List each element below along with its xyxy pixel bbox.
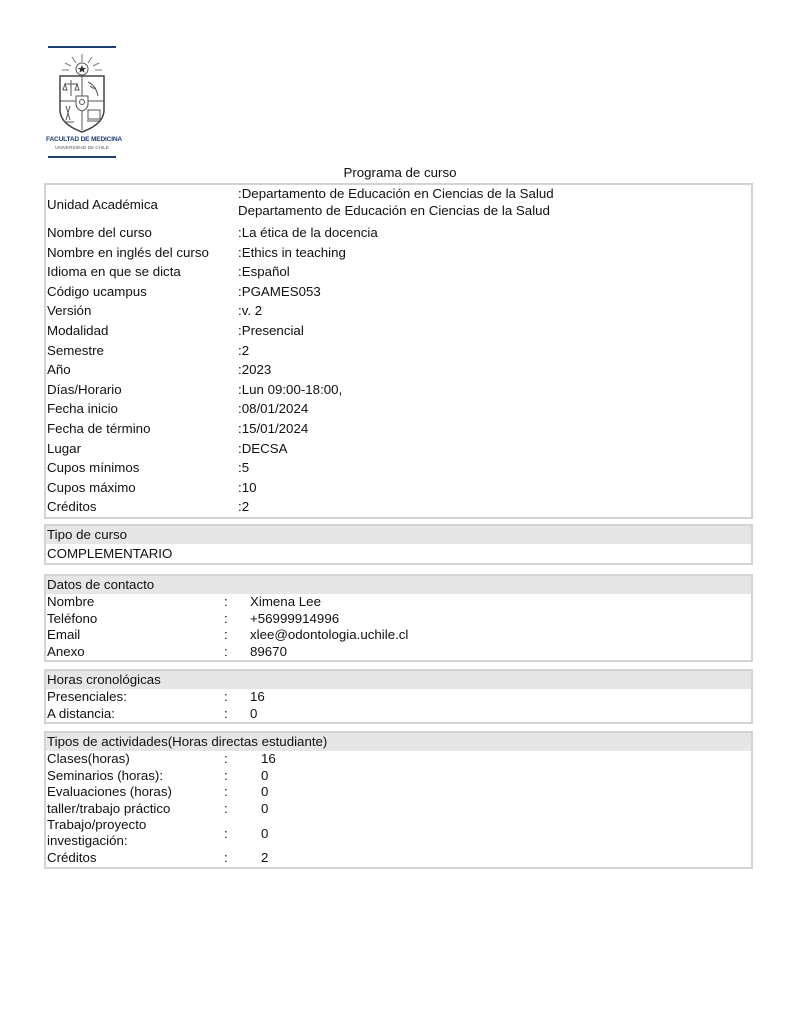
info-value: :Español: [238, 262, 751, 282]
activity-label: Trabajo/proyecto investigación:: [46, 817, 224, 850]
info-row: Versión:v. 2: [46, 301, 751, 321]
contact-label: Anexo: [46, 644, 224, 661]
info-label: Nombre del curso: [46, 223, 238, 243]
activity-row: Trabajo/proyecto investigación::0: [46, 817, 751, 850]
info-label: Código ucampus: [46, 282, 238, 302]
contact-row-extension: Anexo:89670: [46, 644, 751, 661]
info-label: Unidad Académica: [46, 185, 238, 223]
info-row: Semestre:2: [46, 341, 751, 361]
course-type-section: Tipo de curso COMPLEMENTARIO: [44, 524, 753, 565]
info-value: :La ética de la docencia: [238, 223, 751, 243]
activity-row: Seminarios (horas)::0: [46, 768, 751, 785]
info-value: :2023: [238, 360, 751, 380]
info-row: Código ucampus:PGAMES053: [46, 282, 751, 302]
info-label: Fecha de término: [46, 419, 238, 439]
info-row: Nombre del curso:La ética de la docencia: [46, 223, 751, 243]
info-row: Fecha inicio:08/01/2024: [46, 399, 751, 419]
activity-value: 0: [250, 801, 751, 818]
contact-row-email: Email:xlee@odontologia.uchile.cl: [46, 627, 751, 644]
logo-faculty-text: FACULTAD DE MEDICINA: [46, 136, 118, 143]
info-value: :2: [238, 497, 751, 517]
separator: :: [224, 801, 250, 818]
hours-row: A distancia::0: [46, 706, 751, 723]
activity-value: 0: [250, 817, 751, 850]
activity-row: Evaluaciones (horas):0: [46, 784, 751, 801]
info-label: Días/Horario: [46, 380, 238, 400]
separator: :: [224, 611, 250, 628]
separator: :: [224, 689, 250, 706]
info-label: Idioma en que se dicta: [46, 262, 238, 282]
hours-section: Horas cronológicas Presenciales::16 A di…: [44, 669, 753, 724]
info-row: Créditos:2: [46, 497, 751, 517]
info-row: Idioma en que se dicta:Español: [46, 262, 751, 282]
contact-value: +56999914996: [250, 611, 751, 628]
contact-email: xlee@odontologia.uchile.cl: [250, 627, 751, 644]
info-label: Semestre: [46, 341, 238, 361]
separator: :: [224, 627, 250, 644]
activities-section: Tipos de actividades(Horas directas estu…: [44, 731, 753, 869]
separator: :: [224, 644, 250, 661]
info-label: Nombre en inglés del curso: [46, 243, 238, 263]
separator: :: [224, 706, 250, 723]
separator: :: [224, 768, 250, 785]
info-label: Cupos máximo: [46, 478, 238, 498]
activity-value: 2: [250, 850, 751, 867]
info-value: :DECSA: [238, 439, 751, 459]
info-row: Lugar:DECSA: [46, 439, 751, 459]
activities-heading: Tipos de actividades(Horas directas estu…: [46, 733, 751, 751]
course-type-heading: Tipo de curso: [46, 526, 751, 544]
university-crest-icon: [56, 52, 108, 134]
info-label: Año: [46, 360, 238, 380]
contact-label: Email: [46, 627, 224, 644]
separator: :: [224, 817, 250, 850]
info-value: :Ethics in teaching: [238, 243, 751, 263]
hours-value: 0: [250, 706, 751, 723]
separator: :: [224, 751, 250, 768]
logo-top-rule: [48, 46, 116, 48]
info-value: :PGAMES053: [238, 282, 751, 302]
info-value: :Presencial: [238, 321, 751, 341]
logo-university-text: UNIVERSIDAD DE CHILE: [46, 145, 118, 150]
info-row: Año:2023: [46, 360, 751, 380]
activity-value: 0: [250, 784, 751, 801]
contact-label: Teléfono: [46, 611, 224, 628]
info-value: :Lun 09:00-18:00,: [238, 380, 751, 400]
info-value: :08/01/2024: [238, 399, 751, 419]
info-label: Créditos: [46, 497, 238, 517]
info-label: Fecha inicio: [46, 399, 238, 419]
contact-label: Nombre: [46, 594, 224, 611]
activity-label: Créditos: [46, 850, 224, 867]
info-value-line1: :Departamento de Educación en Ciencias d…: [238, 185, 751, 202]
activity-label: taller/trabajo práctico: [46, 801, 224, 818]
info-label: Lugar: [46, 439, 238, 459]
info-value: :10: [238, 478, 751, 498]
info-row: Cupos máximo:10: [46, 478, 751, 498]
info-row: Días/Horario:Lun 09:00-18:00,: [46, 380, 751, 400]
activity-row: taller/trabajo práctico:0: [46, 801, 751, 818]
info-value: :5: [238, 458, 751, 478]
separator: :: [224, 850, 250, 867]
info-value-line2: Departamento de Educación en Ciencias de…: [238, 202, 751, 219]
hours-row: Presenciales::16: [46, 689, 751, 706]
activity-label: Clases(horas): [46, 751, 224, 768]
hours-value: 16: [250, 689, 751, 706]
activity-row: Créditos:2: [46, 850, 751, 867]
contact-value: Ximena Lee: [250, 594, 751, 611]
logo-bottom-rule: [48, 156, 116, 158]
faculty-logo: FACULTAD DE MEDICINA UNIVERSIDAD DE CHIL…: [46, 46, 118, 162]
info-row: Fecha de término:15/01/2024: [46, 419, 751, 439]
activity-label: Seminarios (horas):: [46, 768, 224, 785]
contact-row-name: Nombre:Ximena Lee: [46, 594, 751, 611]
separator: :: [224, 594, 250, 611]
activity-label: Evaluaciones (horas): [46, 784, 224, 801]
info-value: :v. 2: [238, 301, 751, 321]
document-title: Programa de curso: [0, 165, 800, 180]
info-value: :Departamento de Educación en Ciencias d…: [238, 185, 751, 223]
info-label: Versión: [46, 301, 238, 321]
contact-value: 89670: [250, 644, 751, 661]
info-row-academic-unit: Unidad Académica :Departamento de Educac…: [46, 185, 751, 223]
info-value: :2: [238, 341, 751, 361]
info-row: Modalidad:Presencial: [46, 321, 751, 341]
course-info-table: Unidad Académica :Departamento de Educac…: [44, 183, 753, 519]
hours-heading: Horas cronológicas: [46, 671, 751, 689]
hours-label: Presenciales:: [46, 689, 224, 706]
contact-row-phone: Teléfono:+56999914996: [46, 611, 751, 628]
contact-section: Datos de contacto Nombre:Ximena Lee Telé…: [44, 574, 753, 662]
info-row: Cupos mínimos:5: [46, 458, 751, 478]
info-label: Modalidad: [46, 321, 238, 341]
info-row: Nombre en inglés del curso:Ethics in tea…: [46, 243, 751, 263]
separator: :: [224, 784, 250, 801]
info-label: Cupos mínimos: [46, 458, 238, 478]
course-type-value: COMPLEMENTARIO: [46, 544, 751, 563]
hours-label: A distancia:: [46, 706, 224, 723]
activity-value: 0: [250, 768, 751, 785]
contact-heading: Datos de contacto: [46, 576, 751, 594]
activity-row: Clases(horas):16: [46, 751, 751, 768]
info-value: :15/01/2024: [238, 419, 751, 439]
activity-value: 16: [250, 751, 751, 768]
